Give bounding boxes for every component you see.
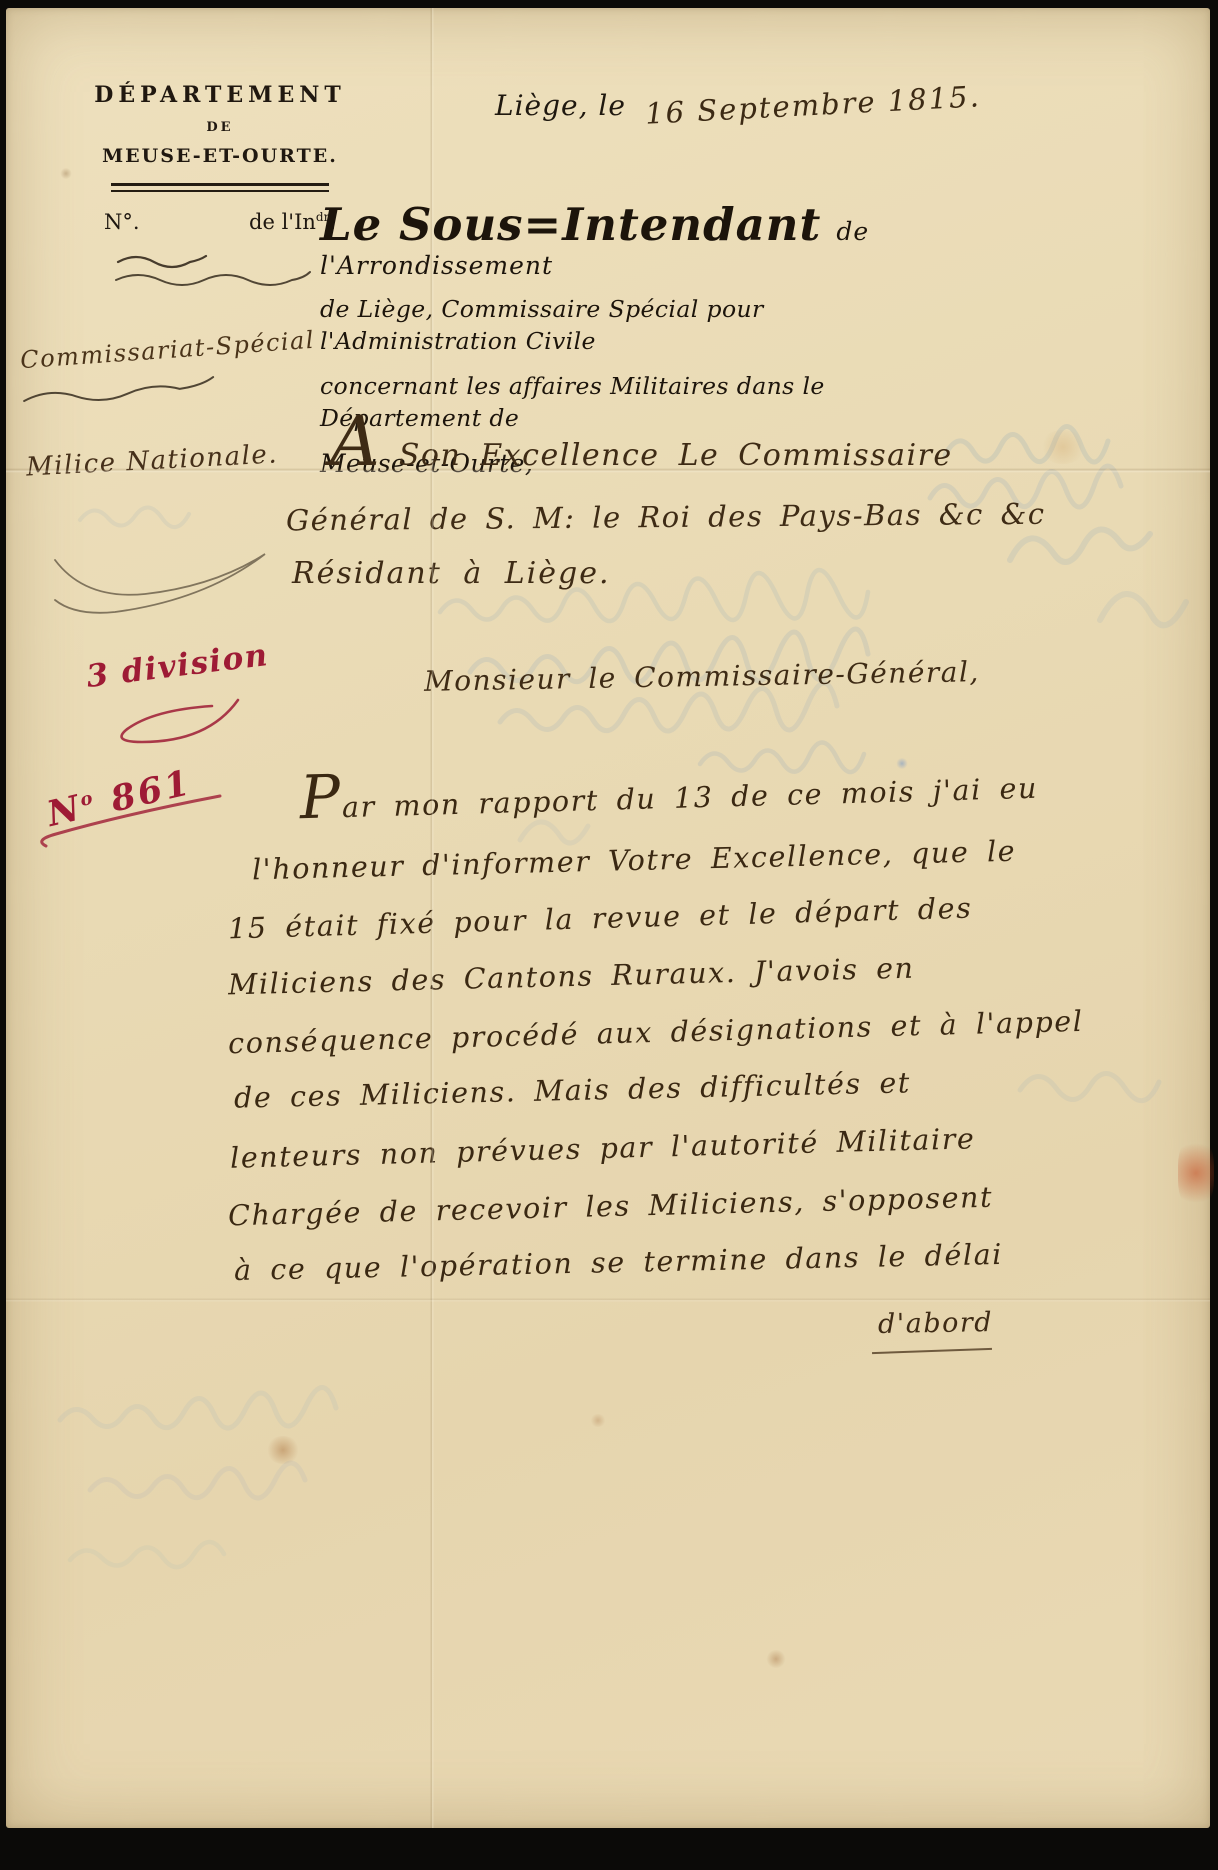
address-line-3: Résidant à Liège. (292, 556, 611, 591)
letterhead-department: DÉPARTEMENT (90, 82, 350, 108)
title-line-3: concernant les affaires Militaires dans … (320, 371, 960, 434)
dateline-printed: Liège, le (495, 89, 626, 122)
dateline: Liège, le 16 Septembre 1815. (495, 88, 981, 122)
title-line-2: de Liège, Commissaire Spécial pour l'Adm… (320, 294, 960, 357)
catchword: d'abord (878, 1307, 994, 1340)
scanned-letter-page: DÉPARTEMENT DE MEUSE-ET-OURTE. N°. de l'… (0, 0, 1218, 1870)
letterhead-double-rule (111, 183, 329, 192)
address-line-2: Général de S. M: le Roi des Pays-Bas &c … (286, 497, 1046, 538)
title-lead: Le Sous=Intendant (320, 198, 821, 251)
address-line-1: A Son Excellence Le Commissaire (330, 438, 953, 473)
letterhead-name: MEUSE-ET-OURTE. (90, 145, 350, 167)
letterhead-de: DE (90, 120, 350, 135)
title-line-1: Le Sous=Intendant de l'Arrondissement (320, 198, 960, 280)
letterhead-numero-row: N°. de l'Indr. (90, 210, 350, 234)
numero-label: N°. (104, 210, 140, 234)
letterhead: DÉPARTEMENT DE MEUSE-ET-OURTE. N°. de l'… (90, 82, 350, 234)
